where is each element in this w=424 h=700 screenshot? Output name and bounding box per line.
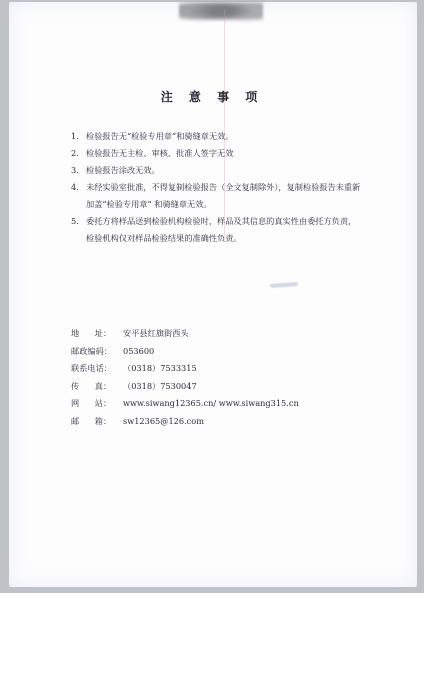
ink-smudge: [179, 2, 263, 24]
note-continuation: 检验机构仅对样品检验结果的准确性负责。: [71, 230, 391, 247]
contact-label: 邮 箱：: [71, 413, 123, 431]
contact-fax: 传 真： （0318）7530047: [71, 378, 299, 396]
note-number: 5.: [71, 213, 86, 230]
note-number: 3.: [71, 162, 86, 179]
note-text: 检验报告无主检、审核、批准人签字无效: [86, 145, 233, 162]
note-item: 1. 检验报告无“检验专用章”和骑缝章无效。: [71, 128, 391, 145]
note-item: 5. 委托方将样品送到检验机构检验时，样品及其信息的真实性由委托方负责，: [71, 213, 391, 230]
page-title: 注 意 事 项: [0, 88, 424, 105]
note-text: 未经实验室批准，不得复制检验报告（全文复制除外），复制检验报告未重新: [86, 179, 360, 196]
contact-email: 邮 箱： sw12365@126.com: [71, 413, 299, 431]
contact-value: sw12365@126.com: [123, 413, 204, 431]
contact-website: 网 站： www.siwang12365.cn/ www.siwang315.c…: [71, 395, 299, 413]
notes-list: 1. 检验报告无“检验专用章”和骑缝章无效。 2. 检验报告无主检、审核、批准人…: [71, 128, 391, 247]
note-item: 3. 检验报告涂改无效。: [71, 162, 391, 179]
contact-label: 地 址：: [71, 325, 123, 343]
contact-value: （0318）7533315: [123, 360, 197, 378]
note-number: 4.: [71, 179, 86, 196]
contact-label: 联系电话：: [71, 360, 123, 378]
note-continuation: 加盖“检验专用章” 和骑缝章无效。: [71, 196, 391, 213]
contact-label: 网 站：: [71, 395, 123, 413]
note-text: 检验报告涂改无效。: [86, 162, 160, 179]
note-item: 2. 检验报告无主检、审核、批准人签字无效: [71, 145, 391, 162]
contact-value: www.siwang12365.cn/ www.siwang315.cn: [123, 395, 299, 413]
contact-phone: 联系电话： （0318）7533315: [71, 360, 299, 378]
contact-value: 053600: [123, 343, 154, 361]
note-text: 检验报告无“检验专用章”和骑缝章无效。: [86, 128, 234, 145]
contact-info: 地 址： 安平县红旗街西头 邮政编码： 053600 联系电话： （0318）7…: [71, 325, 299, 430]
contact-value: 安平县红旗街西头: [123, 325, 189, 343]
note-item: 4. 未经实验室批准，不得复制检验报告（全文复制除外），复制检验报告未重新: [71, 179, 391, 196]
contact-value: （0318）7530047: [123, 378, 197, 396]
contact-address: 地 址： 安平县红旗街西头: [71, 325, 299, 343]
note-text: 委托方将样品送到检验机构检验时，样品及其信息的真实性由委托方负责，: [86, 213, 356, 230]
contact-postcode: 邮政编码： 053600: [71, 343, 299, 361]
contact-label: 邮政编码：: [71, 343, 123, 361]
note-number: 1.: [71, 128, 86, 145]
contact-label: 传 真：: [71, 378, 123, 396]
note-number: 2.: [71, 145, 86, 162]
